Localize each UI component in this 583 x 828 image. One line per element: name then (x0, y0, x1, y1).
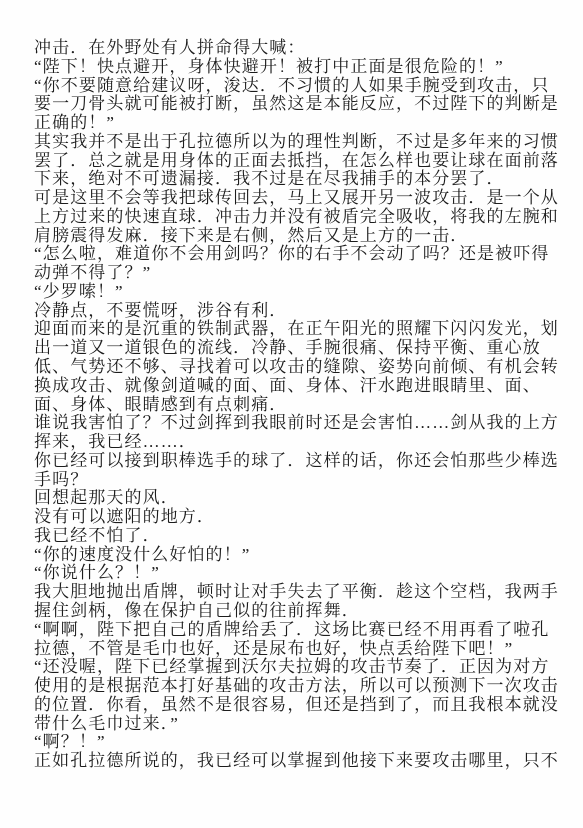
text-line: 罢了．总之就是用身体的正面去抵挡，在怎么样也要让球在面前落 (34, 152, 556, 171)
text-line: 冷静点，不要慌呀，涉谷有利． (34, 302, 556, 321)
text-line: 迎面而来的是沉重的铁制武器，在正午阳光的照耀下闪闪发光，划 (34, 320, 556, 339)
text-line: “啊？！” (34, 733, 556, 752)
text-line: 出一道又一道银色的流线．冷静、手腕很痛、保持平衡、重心放 (34, 339, 556, 358)
text-line: 上方过来的快速直球．冲击力并没有被盾完全吸收，将我的左腕和 (34, 208, 556, 227)
text-line: 手吗？ (34, 471, 556, 490)
text-line: 可是这里不会等我把球传回去，马上又展开另一波攻击．是一个从 (34, 189, 556, 208)
text-line: 面、身体、眼睛感到有点刺痛． (34, 396, 556, 415)
text-line: “你不要随意给建议呀，浚达．不习惯的人如果手腕受到攻击，只 (34, 77, 556, 96)
text-line: 要一刀骨头就可能被打断，虽然这是本能反应，不过陛下的判断是 (34, 95, 556, 114)
text-line: “你说什么？！” (34, 564, 556, 583)
text-line: 低、气势还不够、寻找着可以攻击的缝隙、姿势向前倾、有机会转 (34, 358, 556, 377)
text-line: 回想起那天的风． (34, 489, 556, 508)
text-line: 我已经不怕了． (34, 527, 556, 546)
text-line: 其实我并不是出于孔拉德所以为的理性判断，不过是多年来的习惯 (34, 133, 556, 152)
text-line: 正确的！” (34, 114, 556, 133)
text-line: 换成攻击、就像剑道喊的面、面、身体、汗水跑进眼睛里、面、 (34, 377, 556, 396)
text-line: 的位置．你看，虽然不是很容易，但还是挡到了，而且我根本就没 (34, 696, 556, 715)
text-line: “少罗嗦！” (34, 283, 556, 302)
text-line: 没有可以遮阳的地方． (34, 508, 556, 527)
text-line: 动弹不得了？” (34, 264, 556, 283)
text-line: 下来，绝对不可遗漏接．我不过是在尽我捕手的本分罢了． (34, 170, 556, 189)
text-line: 使用的是根据范本打好基础的攻击方法，所以可以预测下一次攻击 (34, 677, 556, 696)
text-line: 挥来，我已经……． (34, 433, 556, 452)
text-line: 带什么毛巾过来．” (34, 715, 556, 734)
text-line: “还没喔，陛下已经掌握到沃尔夫拉姆的攻击节奏了．正因为对方 (34, 658, 556, 677)
text-line: “你的速度没什么好怕的！” (34, 546, 556, 565)
text-line: “啊啊，陛下把自己的盾牌给丢了．这场比赛已经不用再看了啦孔 (34, 621, 556, 640)
text-line: 我大胆地抛出盾牌，顿时让对手失去了平衡．趁这个空档，我两手 (34, 583, 556, 602)
text-line: 你已经可以接到职棒选手的球了．这样的话，你还会怕那些少棒选 (34, 452, 556, 471)
text-line: “怎么啦，难道你不会用剑吗？你的右手不会动了吗？还是被吓得 (34, 245, 556, 264)
text-line: 握住剑柄，像在保护自己似的往前挥舞． (34, 602, 556, 621)
text-line: 肩膀震得发麻．接下来是右侧，然后又是上方的一击． (34, 227, 556, 246)
text-line: 正如孔拉德所说的，我已经可以掌握到他接下来要攻击哪里，只不 (34, 752, 556, 771)
text-line: 冲击．在外野处有人拼命得大喊： (34, 39, 556, 58)
text-line: 谁说我害怕了？不过剑挥到我眼前时还是会害怕……剑从我的上方 (34, 414, 556, 433)
text-block: 冲击．在外野处有人拼命得大喊： “陛下！快点避开，身体快避开！被打中正面是很危险… (34, 39, 556, 771)
text-line: “陛下！快点避开，身体快避开！被打中正面是很危险的！” (34, 58, 556, 77)
text-line: 拉德，不管是毛巾也好，还是尿布也好，快点丢给陛下吧！” (34, 640, 556, 659)
novel-page: 冲击．在外野处有人拼命得大喊： “陛下！快点避开，身体快避开！被打中正面是很危险… (0, 0, 583, 828)
